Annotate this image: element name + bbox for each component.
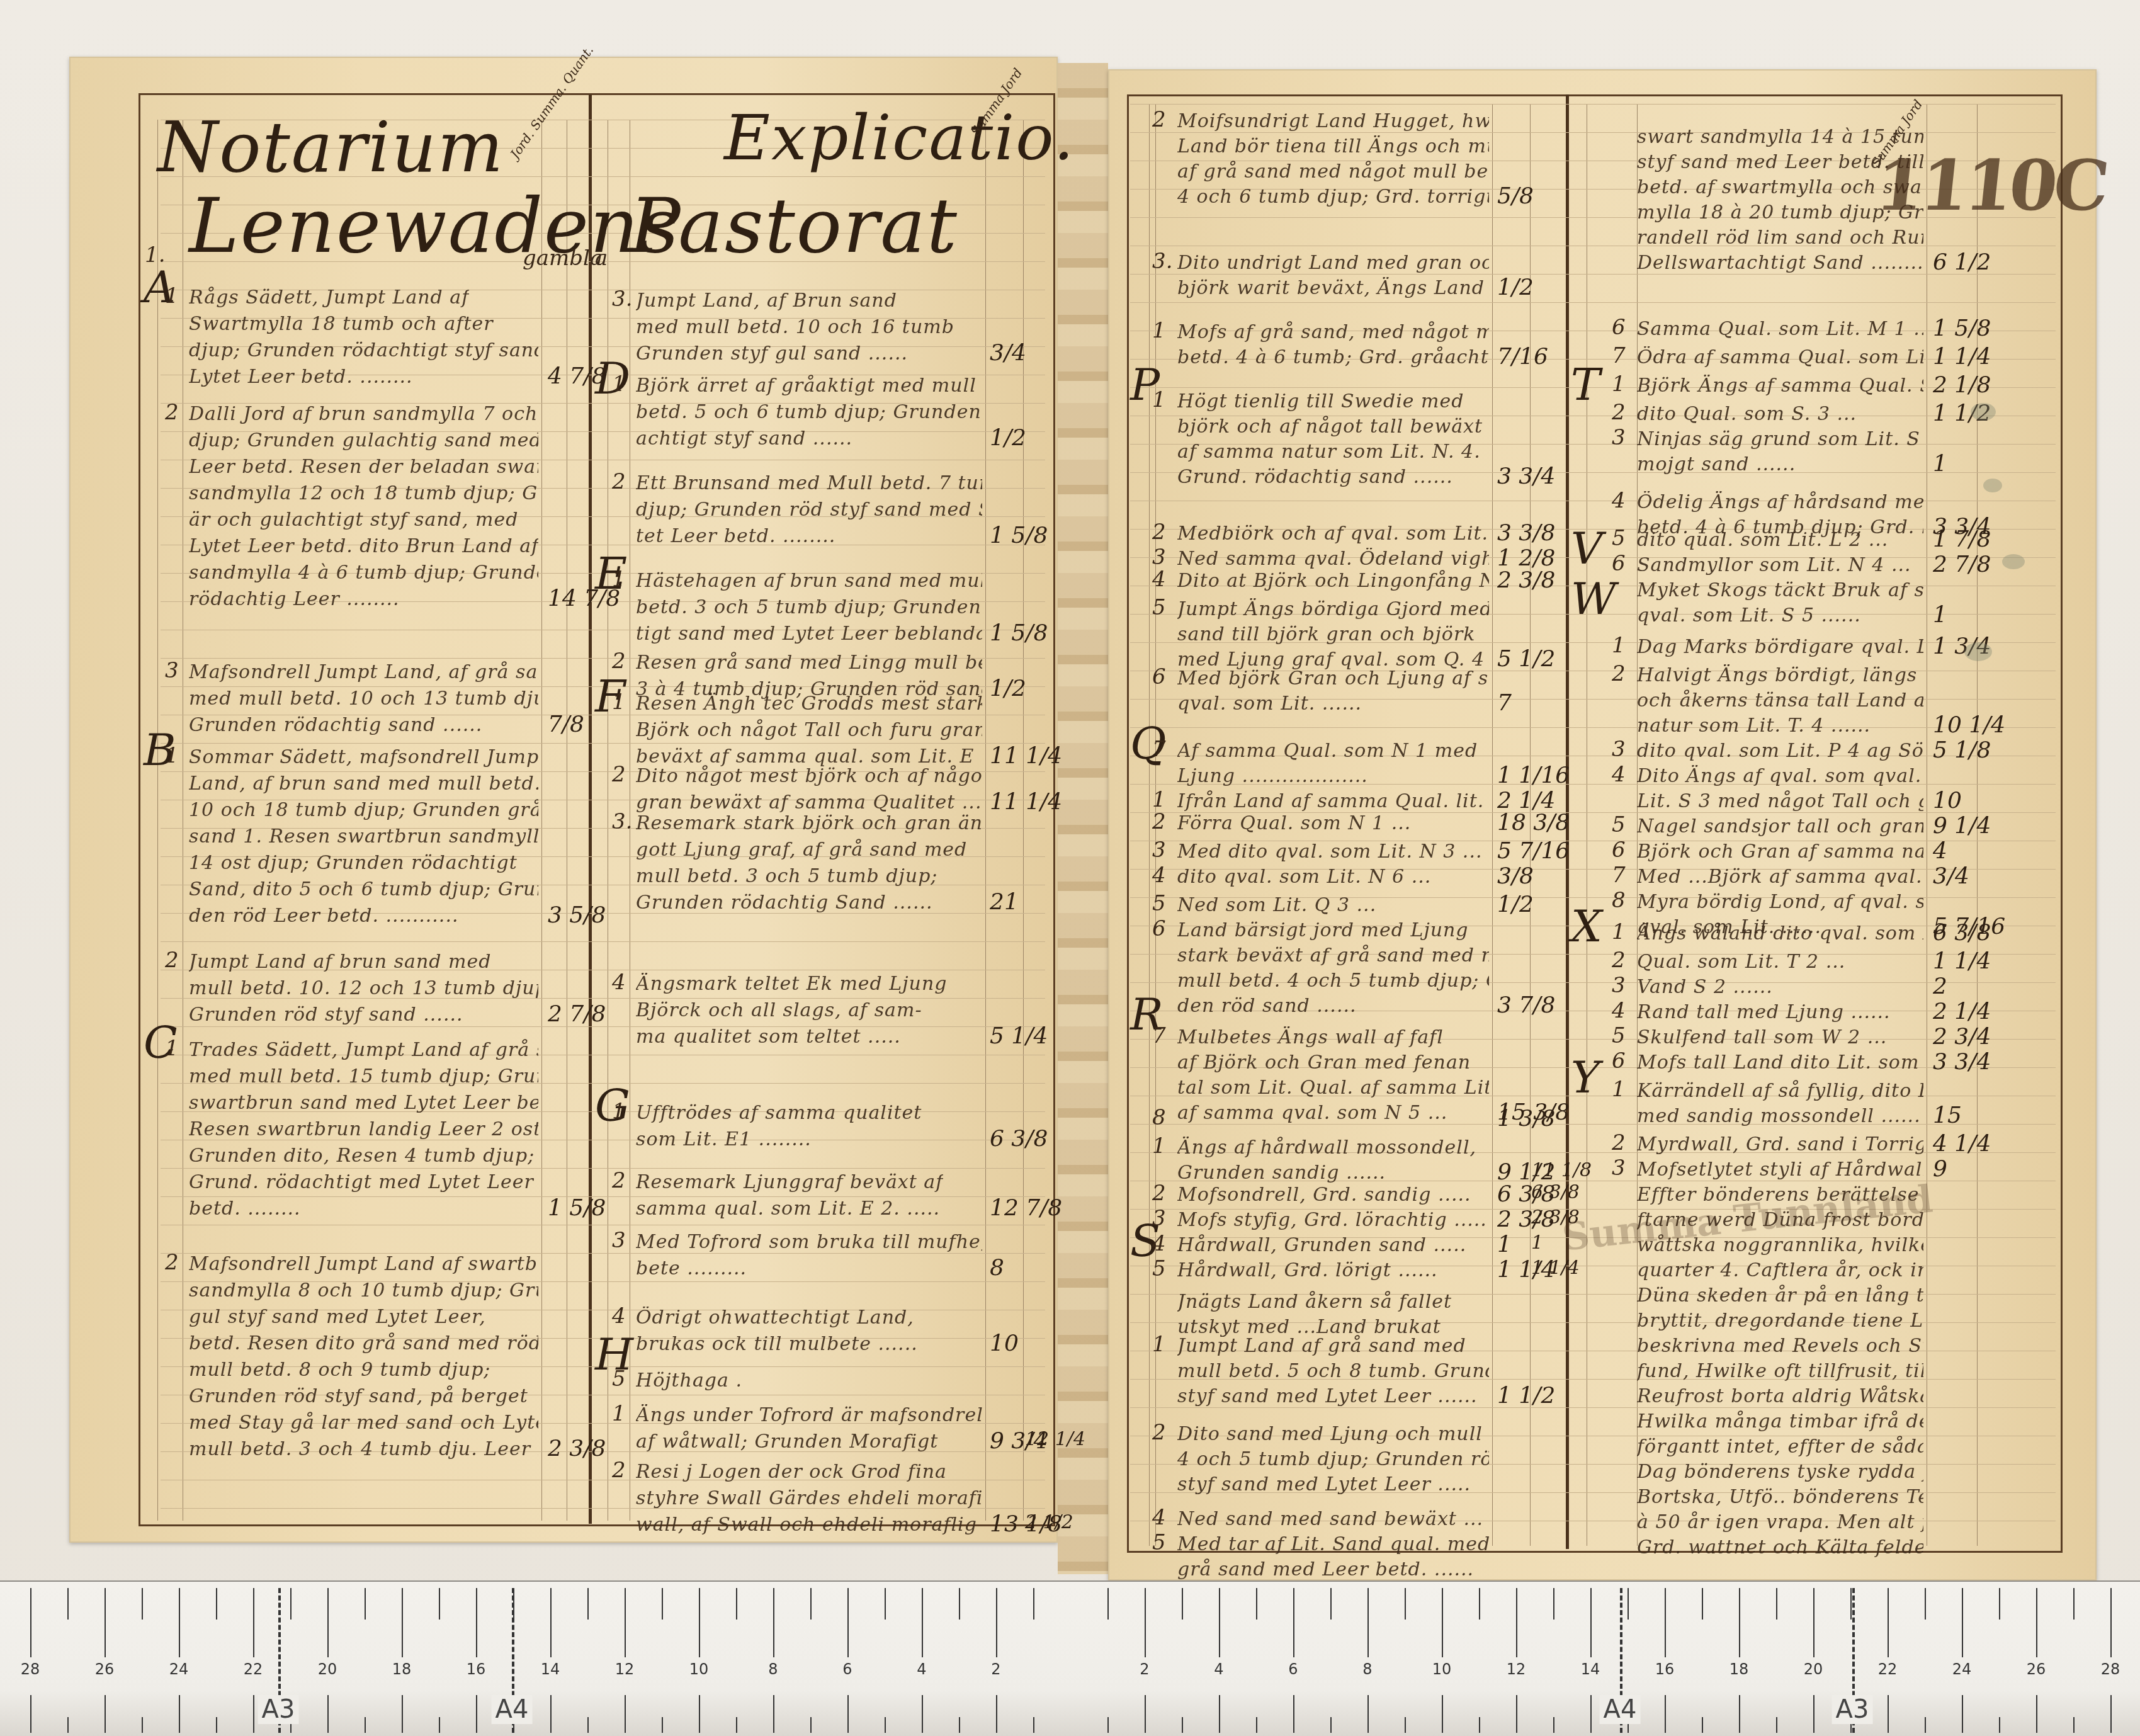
ruler-tick bbox=[1850, 1588, 1852, 1620]
handwritten-line: den röd sand ...... bbox=[1177, 995, 1357, 1017]
title-notarium: Notarium bbox=[157, 107, 504, 188]
entry-number: 6 bbox=[1612, 315, 1626, 340]
handwritten-line: achtigt styf sand ...... bbox=[636, 428, 852, 450]
ruler-tick bbox=[1219, 1588, 1220, 1657]
ruler-tick bbox=[2110, 1588, 2112, 1657]
mid-values-rule-1 bbox=[985, 120, 986, 1521]
ruler-tick bbox=[67, 1588, 69, 1620]
ruler-tick-bottom bbox=[1293, 1695, 1294, 1733]
handwritten-line: Vand S 2 ...... bbox=[1637, 976, 1773, 998]
entry-number: 3. bbox=[1152, 249, 1172, 274]
ruler-tick bbox=[1776, 1588, 1777, 1620]
handwritten-line: Dalli Jord af brun sandmylla 7 och 12 tu… bbox=[189, 403, 538, 425]
handwritten-line: brukas ock till mulbete ...... bbox=[636, 1333, 918, 1355]
handwritten-line: Mafsondrell Jumpt Land af swartbrun bbox=[189, 1253, 538, 1275]
ruler-tick bbox=[1739, 1588, 1740, 1657]
entry-number: 6 bbox=[1152, 664, 1166, 689]
ruler-label: 12 bbox=[1507, 1660, 1526, 1678]
entry-number: 3 bbox=[1152, 837, 1166, 863]
handwritten-line: dito qval. som Lit. N 6 ... bbox=[1177, 866, 1431, 888]
area-value: 5 1/2 bbox=[1497, 646, 1555, 672]
ruler-tick bbox=[1628, 1588, 1629, 1620]
handwritten-line: Resen grå sand med Lingg mull betd. bbox=[636, 652, 982, 674]
handwritten-line: med Stay gå lar med sand och Lytet bbox=[189, 1412, 538, 1434]
ruler-tick bbox=[2036, 1588, 2037, 1657]
handwritten-line: sandmylla 8 och 10 tumb djup; Grund. bbox=[189, 1279, 538, 1302]
handwritten-line: af wåtwall; Grunden Morafigt bbox=[636, 1431, 938, 1453]
handwritten-line: Hwilka många timbar ifrå derta tiene bbox=[1637, 1410, 1923, 1432]
ruler-tick bbox=[625, 1588, 626, 1657]
handwritten-line: styf sand med Lytet Leer ...... bbox=[1177, 1385, 1478, 1407]
handwritten-line: betd. Resen dito grå sand med rödaktigt bbox=[189, 1332, 538, 1354]
ruler-tick-bottom bbox=[30, 1695, 31, 1733]
ruler-label: 22 bbox=[244, 1660, 263, 1678]
handwritten-line: Ned samma qval. Ödeland vighet ... bbox=[1177, 548, 1489, 570]
handwritten-line: styf sand med Lytet Leer ..... bbox=[1177, 1473, 1471, 1495]
water-stain bbox=[1971, 403, 1996, 421]
paper-size-label: A4 bbox=[1600, 1695, 1641, 1724]
handwritten-line: Ängs af hårdwall mossondell, bbox=[1177, 1137, 1476, 1159]
ruler-tick-bottom bbox=[1962, 1695, 1963, 1733]
area-value: 7/16 bbox=[1497, 344, 1548, 370]
handwritten-line: à 50 år igen vrapa. Men alt för de bbox=[1637, 1511, 1923, 1533]
ruler-tick-bottom bbox=[1553, 1717, 1554, 1733]
left-values-rule-1 bbox=[541, 120, 542, 1521]
area-value: 6 1/2 bbox=[1933, 249, 1991, 275]
ruler-tick-bottom bbox=[1145, 1695, 1146, 1733]
entry-number: 6 bbox=[1612, 1048, 1626, 1074]
area-value: 18 3/8 bbox=[1497, 810, 1570, 836]
handwritten-line: Med björk Gran och Ljung af samma bbox=[1177, 667, 1489, 689]
handwritten-line: mull betd. 3 och 4 tumb dju. Leer betd. bbox=[189, 1438, 538, 1460]
entry-number: 2 bbox=[612, 1168, 626, 1193]
ruler-tick bbox=[30, 1588, 31, 1657]
handwritten-line: Björk ärret af gråaktigt med mull bbox=[636, 375, 977, 397]
ruler-tick bbox=[327, 1588, 329, 1657]
ruler-label: 6 bbox=[842, 1660, 852, 1678]
ruler-tick bbox=[290, 1588, 292, 1620]
area-value: 1 5/8 bbox=[990, 523, 1048, 548]
handwritten-line: Mafsondrell Jumpt Land, af grå sand bbox=[189, 661, 538, 683]
handwritten-line: Jumpt Land af brun sand med bbox=[189, 951, 491, 973]
ruler-tick-bottom bbox=[1665, 1695, 1666, 1733]
entry-number: 5 bbox=[1612, 526, 1626, 551]
handwritten-line: Grunden styf gul sand ...... bbox=[636, 343, 908, 365]
handwritten-line: Förra Qual. som N 1 ... bbox=[1177, 812, 1411, 834]
entry-number: 5 bbox=[1152, 1530, 1166, 1555]
ruler-tick bbox=[1107, 1588, 1109, 1620]
ruler-tick bbox=[216, 1588, 217, 1620]
ruler-tick-bottom bbox=[1516, 1695, 1517, 1733]
handwritten-line: Resemark stark björk och gran ängt, bbox=[636, 812, 982, 834]
ruler-tick-bottom bbox=[1925, 1717, 1926, 1733]
handwritten-line: Jumpt Land, af Brun sand bbox=[636, 290, 897, 312]
handwritten-line: Sandmyllor som Lit. N 4 ... bbox=[1637, 554, 1911, 576]
handwritten-line: Ned sand med sand bewäxt ... bbox=[1177, 1508, 1483, 1530]
entry-number: 3 bbox=[1612, 737, 1626, 762]
handwritten-line: Bortska, Utfö.. bönderens Tennadinen bbox=[1637, 1486, 1923, 1508]
area-value: 7/8 bbox=[548, 712, 584, 737]
ruler-tick-bottom bbox=[1405, 1717, 1406, 1733]
handwritten-line: dito Qual. som S. 3 ... bbox=[1637, 403, 1857, 425]
handwritten-line: Myket Skogs täckt Bruk af samma bbox=[1637, 579, 1923, 601]
ruler-tick bbox=[922, 1588, 923, 1657]
far-margin-rule bbox=[1587, 104, 1587, 1546]
entry-number: 1 bbox=[612, 372, 626, 397]
handwritten-line: Jnägts Land åkern så fallet bbox=[1177, 1291, 1452, 1313]
ruler-tick bbox=[1293, 1588, 1294, 1657]
handwritten-line: Skulfend tall som W 2 ... bbox=[1637, 1026, 1887, 1048]
ruler-tick-bottom bbox=[1776, 1717, 1777, 1733]
ruler-tick bbox=[402, 1588, 403, 1657]
paper-size-label: A3 bbox=[258, 1695, 299, 1724]
ruler-tick-bottom bbox=[1999, 1717, 2000, 1733]
handwritten-line: Resi j Logen der ock Grod fina bbox=[636, 1461, 947, 1483]
ruler-label: 20 bbox=[318, 1660, 337, 1678]
area-value: 2 7/8 bbox=[548, 1001, 606, 1027]
area-value-secondary: 1 bbox=[1531, 1232, 1543, 1254]
right-values-rule-1 bbox=[1492, 104, 1493, 1546]
left-text-rule bbox=[183, 120, 183, 1521]
ruler-tick bbox=[1145, 1588, 1146, 1657]
handwritten-line: Hårdwall, Grunden sand ..... bbox=[1177, 1234, 1466, 1256]
binding-gutter bbox=[1058, 63, 1108, 1574]
area-value: 1 1/16 bbox=[1497, 763, 1570, 788]
entry-number: 2 bbox=[165, 1250, 179, 1275]
handwritten-line: Dito at Björk och Lingonfång Nr ... bbox=[1177, 570, 1489, 592]
ruler-label: 18 bbox=[392, 1660, 412, 1678]
handwritten-line: mojgt sand ...... bbox=[1637, 453, 1796, 475]
ruler-tick-bottom bbox=[625, 1695, 626, 1733]
area-value-secondary: 11 1/8 bbox=[1531, 1159, 1592, 1181]
area-value: 10 1/4 bbox=[1933, 712, 2005, 738]
handwritten-line: Grund. rödachtig sand ...... bbox=[1177, 466, 1453, 488]
ruler-label: 10 bbox=[1432, 1660, 1452, 1678]
far-values-rule-1 bbox=[1927, 104, 1927, 1546]
handwritten-line: djup; Grunden gulachtig sand med Lytet bbox=[189, 429, 538, 451]
area-value: 6 3/8 bbox=[990, 1126, 1048, 1152]
handwritten-line: 14 ost djup; Grunden rödachtigt bbox=[189, 852, 518, 874]
handwritten-line: Ängs under Tofrord är mafsondrell bbox=[636, 1404, 982, 1426]
entry-number: 7 bbox=[1612, 863, 1626, 888]
handwritten-line: Ödelig Ängs af hårdsand med mull bbox=[1637, 491, 1923, 513]
handwritten-line: Grunden dito, Resen 4 tumb djup; bbox=[189, 1145, 535, 1167]
ruler-label: 10 bbox=[689, 1660, 709, 1678]
section-letter: X bbox=[1571, 900, 1602, 952]
handwritten-line: Land, af brun sand med mull betd. bbox=[189, 773, 538, 795]
entry-number: 1 bbox=[612, 689, 626, 715]
ruler-tick-bottom bbox=[662, 1717, 663, 1733]
paper-size-label: A4 bbox=[492, 1695, 533, 1724]
area-value: 1 5/8 bbox=[548, 1195, 606, 1221]
handwritten-line: sandmylla 4 à 6 tumb djup; Grunden bbox=[189, 562, 538, 584]
handwritten-line: Swartmylla 18 tumb och after bbox=[189, 313, 494, 335]
handwritten-line: Björk och Gran af samma natur ... bbox=[1637, 841, 1923, 863]
entry-number: 5 bbox=[1152, 1256, 1166, 1281]
handwritten-line: Düna skeden år på en lång tid intet bbox=[1637, 1285, 1923, 1307]
handwritten-line: af grå sand med något mull betd. bbox=[1177, 161, 1489, 183]
ruler-tick-bottom bbox=[1033, 1717, 1034, 1733]
entry-number: 3 bbox=[1612, 973, 1626, 998]
title-connector-a: a bbox=[595, 246, 608, 271]
entry-number: 4 bbox=[1612, 488, 1626, 513]
handwritten-line: Kärrändell af så fyllig, dito Leer bbox=[1637, 1080, 1923, 1102]
handwritten-line: bete ......... bbox=[636, 1257, 747, 1279]
handwritten-line: Med tar af Lit. Sand qual. med bbox=[1177, 1533, 1489, 1555]
handwritten-line: Land bärsigt jord med Ljung bbox=[1177, 919, 1469, 941]
handwritten-line: qval. som Lit. S 5 ...... bbox=[1637, 604, 1861, 627]
ruler-tick-bottom bbox=[365, 1717, 366, 1733]
right-margin-rule bbox=[1149, 104, 1150, 1546]
handwritten-line: Rand tall med Ljung ...... bbox=[1637, 1001, 1891, 1023]
handwritten-line: Ödrigt ohwattechtigt Land, bbox=[636, 1307, 914, 1329]
handwritten-line: Af samma Qual. som N 1 med bbox=[1177, 740, 1478, 762]
ruler-tick-bottom bbox=[1888, 1695, 1889, 1733]
handwritten-line: Land bör tiena till Ängs och mulbete bbox=[1177, 135, 1489, 157]
entry-number: 4 bbox=[612, 970, 626, 995]
handwritten-line: Ängsmark teltet Ek med Ljung bbox=[636, 973, 947, 995]
handwritten-line: stark beväxt af grå sand med något bbox=[1177, 945, 1489, 967]
area-value-secondary: 1 1/4 bbox=[1531, 1257, 1580, 1279]
handwritten-line: sand till björk gran och björk bbox=[1177, 623, 1475, 645]
handwritten-line: Dag bönderens tyske rydda frost bbox=[1637, 1461, 1923, 1483]
area-value: 2 3/8 bbox=[1497, 567, 1555, 593]
ruler-tick-bottom bbox=[476, 1695, 477, 1733]
handwritten-line: Ett Brunsand med Mull betd. 7 tumb bbox=[636, 472, 982, 494]
ruler-tick-bottom bbox=[142, 1717, 143, 1733]
entry-number: 4 bbox=[612, 1303, 626, 1329]
ruler-tick-bottom bbox=[550, 1695, 552, 1733]
left-margin-rule bbox=[157, 120, 158, 1521]
ruler-tick-bottom bbox=[1702, 1717, 1703, 1733]
handwritten-line: Mofsetlytet styli af Hårdwall .... bbox=[1637, 1159, 1923, 1181]
ruler-tick bbox=[2073, 1588, 2075, 1620]
entry-number: 2 bbox=[1152, 1420, 1166, 1445]
area-value: 1 bbox=[1497, 1232, 1512, 1257]
ruler-tick bbox=[1702, 1588, 1703, 1620]
ruler-tick bbox=[142, 1588, 143, 1620]
ruler-tick bbox=[439, 1588, 440, 1620]
mid-margin-rule bbox=[608, 120, 608, 1521]
ruler-tick-bottom bbox=[2110, 1695, 2112, 1733]
handwritten-line: och åkerns tänsa tall Land af samma bbox=[1637, 689, 1923, 712]
ruler-tick-bottom bbox=[587, 1717, 589, 1733]
handwritten-line: ma qualitet som teltet ..... bbox=[636, 1026, 901, 1048]
ruler-label: 12 bbox=[615, 1660, 635, 1678]
area-value: 5 1/8 bbox=[1933, 737, 1991, 763]
area-value: 10 bbox=[990, 1330, 1019, 1356]
area-value: 3 3/8 bbox=[1497, 520, 1555, 546]
entry-number: 2 bbox=[1612, 1130, 1626, 1155]
ruler-tick-bottom bbox=[885, 1717, 886, 1733]
handwritten-line: Grund. rödachtigt med Lytet Leer bbox=[189, 1171, 534, 1193]
handwritten-line: dito qual. som Lit. L 2 ... bbox=[1637, 529, 1888, 551]
area-value-secondary: 6 3/8 bbox=[1531, 1181, 1580, 1203]
ruler-tick bbox=[550, 1588, 552, 1657]
entry-number: 7 bbox=[1152, 1023, 1166, 1048]
entry-number: 4 bbox=[1152, 567, 1166, 592]
handwritten-line: Grunden röd styf sand, på berget bbox=[189, 1385, 528, 1407]
entry-number: 2 bbox=[612, 762, 626, 787]
area-value: 6 3/8 bbox=[1933, 920, 1991, 946]
ruled-line bbox=[161, 1225, 1045, 1225]
area-value: 2 3/8 bbox=[548, 1436, 606, 1461]
handwritten-line: Dellswartachtigt Sand ........ bbox=[1637, 252, 1923, 274]
ruler-tick-bottom bbox=[736, 1717, 737, 1733]
ruler-tick-bottom bbox=[105, 1695, 106, 1733]
ruler-tick-bottom bbox=[810, 1717, 812, 1733]
entry-number: 2 bbox=[1612, 948, 1626, 973]
entry-number: 1 bbox=[612, 1099, 626, 1124]
area-value: 21 bbox=[990, 889, 1019, 915]
handwritten-line: Grunden sandig ...... bbox=[1177, 1162, 1386, 1184]
entry-number: 1 bbox=[1152, 787, 1166, 812]
ruler-label: 8 bbox=[1362, 1660, 1372, 1678]
handwritten-line: wall, af Swall och ehdeli moraflig Hjord bbox=[636, 1514, 982, 1536]
area-value: 3/8 bbox=[1497, 863, 1534, 889]
entry-number: 2 bbox=[612, 649, 626, 674]
area-value: 1 5/8 bbox=[1933, 315, 1991, 341]
ruler-tick bbox=[1330, 1588, 1332, 1620]
entry-number: 5 bbox=[1612, 812, 1626, 837]
ruler-label: 14 bbox=[1581, 1660, 1600, 1678]
ruler-label: 2 bbox=[991, 1660, 1000, 1678]
water-stain bbox=[1964, 642, 1992, 661]
area-value: 12 7/8 bbox=[990, 1195, 1062, 1221]
entry-number: 1 bbox=[1152, 318, 1166, 343]
handwritten-line: swartbrun sand med Lytet Leer betd. bbox=[189, 1092, 538, 1114]
ruler-tick bbox=[959, 1588, 960, 1620]
handwritten-line: Rågs Sädett, Jumpt Land af bbox=[189, 286, 469, 309]
handwritten-line: Mofs af grå sand, med något mull bbox=[1177, 321, 1489, 343]
ruler-tick-bottom bbox=[1256, 1717, 1257, 1733]
handwritten-line: Med dito qval. som Lit. N 3 ... bbox=[1177, 841, 1482, 863]
area-value: 4 bbox=[1933, 838, 1947, 864]
handwritten-line: Mofs styfig, Grd. lörachtig ..... bbox=[1177, 1209, 1487, 1231]
handwritten-line: rödachtig Leer ........ bbox=[189, 588, 400, 610]
ruled-line bbox=[1130, 274, 2056, 275]
entry-number: 6 bbox=[1612, 551, 1626, 576]
handwritten-line: Grunden rödachtig sand ...... bbox=[189, 714, 482, 736]
handwritten-line: med mull betd. 10 och 16 tumb bbox=[636, 316, 954, 338]
entry-number: 7 bbox=[1612, 343, 1626, 368]
handwritten-line: Björk Ängs af samma Qual. S 2 ... bbox=[1637, 375, 1923, 397]
ruler-tick-bottom bbox=[996, 1695, 997, 1733]
ruler-tick-bottom bbox=[216, 1717, 217, 1733]
handwritten-line: qval. som Lit. ...... bbox=[1177, 693, 1362, 715]
area-value: 11 1/4 bbox=[990, 743, 1062, 769]
area-value: 3 5/8 bbox=[548, 902, 606, 928]
handwritten-line: Ödra af samma Qual. som Lit. S. 3 ... bbox=[1637, 346, 1923, 368]
ruler-tick-bottom bbox=[1330, 1717, 1332, 1733]
handwritten-line: Leer betd. Resen der beladan swartbrun bbox=[189, 456, 538, 478]
ruler-tick bbox=[1256, 1588, 1257, 1620]
handwritten-line: Myra bördig Lond, af qval. som bbox=[1637, 891, 1923, 913]
handwritten-line: med mull betd. 15 tumb djup; Grund. bbox=[189, 1065, 538, 1087]
ruler-tick-bottom bbox=[1107, 1717, 1109, 1733]
handwritten-line: Resen swartbrun landig Leer 2 ost djup; bbox=[189, 1118, 538, 1140]
ruler-tick bbox=[1516, 1588, 1517, 1657]
handwritten-line: Hårdwall, Grd. lörigt ...... bbox=[1177, 1259, 1438, 1281]
ruler-label: 4 bbox=[917, 1660, 926, 1678]
entry-number: 1 bbox=[1612, 633, 1626, 658]
ruler-tick-bottom bbox=[1182, 1717, 1183, 1733]
ruler-tick bbox=[1665, 1588, 1666, 1657]
area-value: 1 1/2 bbox=[1497, 1383, 1555, 1409]
handwritten-line: af samma qval. som N 5 ... bbox=[1177, 1102, 1447, 1124]
area-value: 8 bbox=[990, 1255, 1004, 1281]
ruler-tick bbox=[1962, 1588, 1963, 1657]
ruler-tick-bottom bbox=[2073, 1717, 2075, 1733]
entry-number: 1 bbox=[1152, 1133, 1166, 1159]
handwritten-line: sand 1. Resen swartbrun sandmylla bbox=[189, 825, 538, 848]
entry-number: 2 bbox=[1152, 519, 1166, 545]
handwritten-line: 4 och 6 tumb djup; Grd. torrigt .... bbox=[1177, 186, 1489, 208]
entry-number: 2 bbox=[1152, 107, 1166, 132]
entry-number: 3. bbox=[612, 809, 632, 834]
ruler-label: 28 bbox=[21, 1660, 40, 1678]
handwritten-line: Moifsundrigt Land Hugget, hwilket bbox=[1177, 110, 1489, 132]
handwritten-line: som Lit. E1 ........ bbox=[636, 1128, 812, 1150]
ruler-tick bbox=[885, 1588, 886, 1620]
section-letter: V bbox=[1571, 523, 1603, 574]
area-value: 1 1/4 bbox=[1933, 344, 1991, 370]
entry-number: 5 bbox=[1612, 1023, 1626, 1048]
entry-number: 4 bbox=[1612, 998, 1626, 1023]
ruler-tick bbox=[365, 1588, 366, 1620]
handwritten-line: fund, Hwilke oft tillfrusit, till Hårde bbox=[1637, 1360, 1923, 1382]
entry-number: 3 bbox=[612, 1228, 626, 1253]
ruler-label: 28 bbox=[2101, 1660, 2120, 1678]
handwritten-line: styhre Swall Gärdes ehdeli morafig bbox=[636, 1487, 982, 1509]
ruler-label: 24 bbox=[1952, 1660, 1972, 1678]
handwritten-line: björk warit beväxt, Ängs Land .... bbox=[1177, 277, 1489, 299]
handwritten-line: dito qval. som Lit. P 4 ag Söder bbox=[1637, 740, 1923, 762]
title-connector-gambla: gambla bbox=[523, 246, 603, 271]
handwritten-line: Ljung ................... bbox=[1177, 765, 1368, 787]
ruled-line bbox=[161, 1168, 1045, 1169]
handwritten-line: djup; Grunden röd styf sand med Sty- bbox=[636, 499, 982, 521]
handwritten-line: Dito sand med Ljung och mull betd. bbox=[1177, 1423, 1489, 1445]
area-value: 1 bbox=[1933, 602, 1947, 628]
area-value: 3 7/8 bbox=[1497, 992, 1555, 1018]
handwritten-line: randell röd lim sand och Runda Dina bbox=[1637, 227, 1923, 249]
handwritten-line: är och gulachtigt styf sand, med bbox=[189, 509, 518, 531]
entry-number: 2 bbox=[165, 948, 179, 973]
entry-number: 5 bbox=[612, 1366, 626, 1392]
archive-stamp: 1110C bbox=[1872, 145, 2109, 226]
area-value: 1 1/4 bbox=[1933, 948, 1991, 974]
entry-number: 3 bbox=[1152, 545, 1166, 570]
ruler-label: 20 bbox=[1804, 1660, 1823, 1678]
ruler-label: 22 bbox=[1878, 1660, 1898, 1678]
entry-number: 2 bbox=[612, 469, 626, 494]
title-pastorat: Pastorat bbox=[630, 183, 958, 270]
handwritten-line: gott Ljung graf, af grå sand med bbox=[636, 839, 967, 861]
handwritten-line: quarter 4. Caftlera år, ock intill bbox=[1637, 1259, 1923, 1281]
area-value: 9 bbox=[1933, 1156, 1947, 1182]
handwritten-line: Nagel sandsjor tall och gran bewäxt bbox=[1637, 815, 1923, 837]
handwritten-line: björk och af något tall bewäxt bbox=[1177, 416, 1483, 438]
ruler-tick-bottom bbox=[253, 1695, 254, 1733]
ruler-tick bbox=[1033, 1588, 1034, 1620]
ruler-tick bbox=[476, 1588, 477, 1657]
area-value: 3/4 bbox=[1933, 863, 1969, 889]
area-value: 2 1/4 bbox=[1933, 999, 1991, 1024]
ruler-tick bbox=[736, 1588, 737, 1620]
area-value-secondary: 12 1/4 bbox=[1025, 1428, 1085, 1450]
area-value: 1/2 bbox=[1497, 275, 1534, 300]
